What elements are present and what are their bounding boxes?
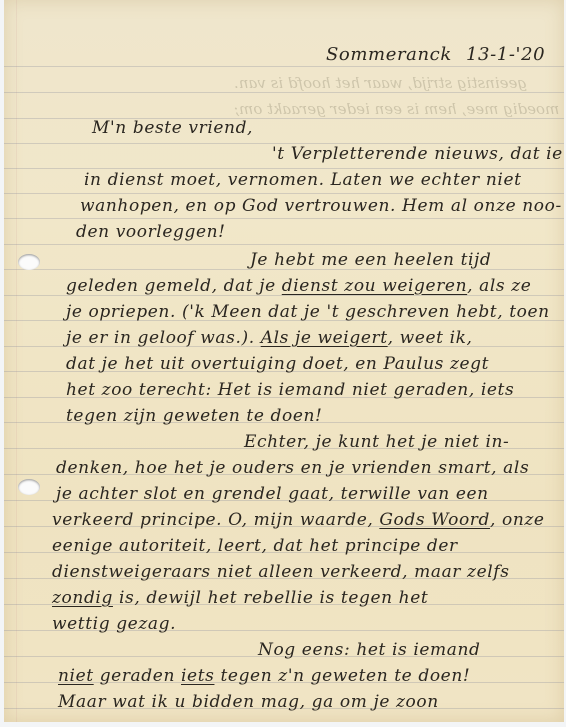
ruled-line — [4, 118, 564, 119]
letter-date: 13-1-'20 — [466, 44, 545, 65]
letter-line: in dienst moet, vernomen. Laten we echte… — [84, 170, 522, 190]
ruled-line — [4, 168, 564, 169]
line-text: is, dewijl het rebellie is tegen het — [113, 588, 428, 608]
bleed-through-text: moedig mee, hem is een ieder geraakt om; — [234, 100, 559, 118]
ruled-line — [4, 218, 564, 219]
letter-line: Je hebt me een heelen tijd — [250, 250, 491, 270]
line-text: , als ze — [467, 276, 531, 296]
line-text: , weet ik, — [388, 328, 473, 348]
line-text: , onze — [490, 510, 545, 530]
letter-line: het zoo terecht: Het is iemand niet gera… — [66, 380, 514, 400]
ruled-line — [4, 92, 564, 93]
line-text: je er in geloof was.). — [66, 328, 261, 348]
ruled-line — [4, 66, 564, 67]
underlined-text: dienst zou weigeren — [282, 276, 467, 296]
letter-place: Sommeranck — [326, 44, 452, 65]
letter-line: zondig is, dewijl het rebellie is tegen … — [52, 588, 428, 608]
letter-line: wanhopen, en op God vertrouwen. Hem al o… — [80, 196, 562, 216]
letter-line: je achter slot en grendel gaat, terwille… — [56, 484, 489, 504]
margin-rule — [16, 0, 17, 722]
underlined-text: Gods Woord — [379, 510, 490, 530]
letter-line: Maar wat ik u bidden mag, ga om je zoon — [58, 692, 439, 712]
letter-line: Echter, je kunt het je niet in- — [244, 432, 509, 452]
letter-line: denken, hoe het je ouders en je vrienden… — [56, 458, 529, 478]
letter-line: den voorleggen! — [76, 222, 226, 242]
underlined-text: iets — [181, 666, 214, 686]
letter-page: geeinstig strijd, waar het hoofd is van.… — [4, 0, 564, 722]
letter-line: geleden gemeld, dat je dienst zou weiger… — [66, 276, 531, 296]
ruled-line — [4, 244, 564, 245]
line-text: geleden gemeld, dat je — [66, 276, 282, 296]
underlined-text: zondig — [52, 588, 113, 608]
letter-line: je er in geloof was.). Als je weigert, w… — [66, 328, 473, 348]
letter-line: 't Verpletterende nieuws, dat ie — [272, 144, 563, 164]
underlined-text: Als je weigert — [261, 328, 388, 348]
ruled-line — [4, 193, 564, 194]
letter-line: eenige autoriteit, leert, dat het princi… — [52, 536, 458, 556]
letter-line: tegen zijn geweten te doen! — [66, 406, 322, 426]
letter-line: verkeerd principe. O, mijn waarde, Gods … — [52, 510, 545, 530]
letter-line: dat je het uit overtuiging doet, en Paul… — [66, 354, 489, 374]
letter-line: niet geraden iets tegen z'n geweten te d… — [58, 666, 470, 686]
bleed-through-text: geeinstig strijd, waar het hoofd is van. — [234, 74, 527, 92]
letter-salutation: M'n beste vriend, — [92, 118, 253, 138]
punch-hole — [18, 254, 40, 270]
line-text: geraden — [94, 666, 181, 686]
letter-line: je opriepen. ('k Meen dat je 't geschrev… — [66, 302, 550, 322]
punch-hole — [18, 479, 40, 495]
letter-line: wettig gezag. — [52, 614, 176, 634]
line-text: tegen z'n geweten te doen! — [214, 666, 470, 686]
underlined-text: niet — [58, 666, 94, 686]
letter-line: dienstweigeraars niet alleen verkeerd, m… — [52, 562, 510, 582]
line-text: verkeerd principe. O, mijn waarde, — [52, 510, 379, 530]
letter-line: Nog eens: het is iemand — [258, 640, 481, 660]
